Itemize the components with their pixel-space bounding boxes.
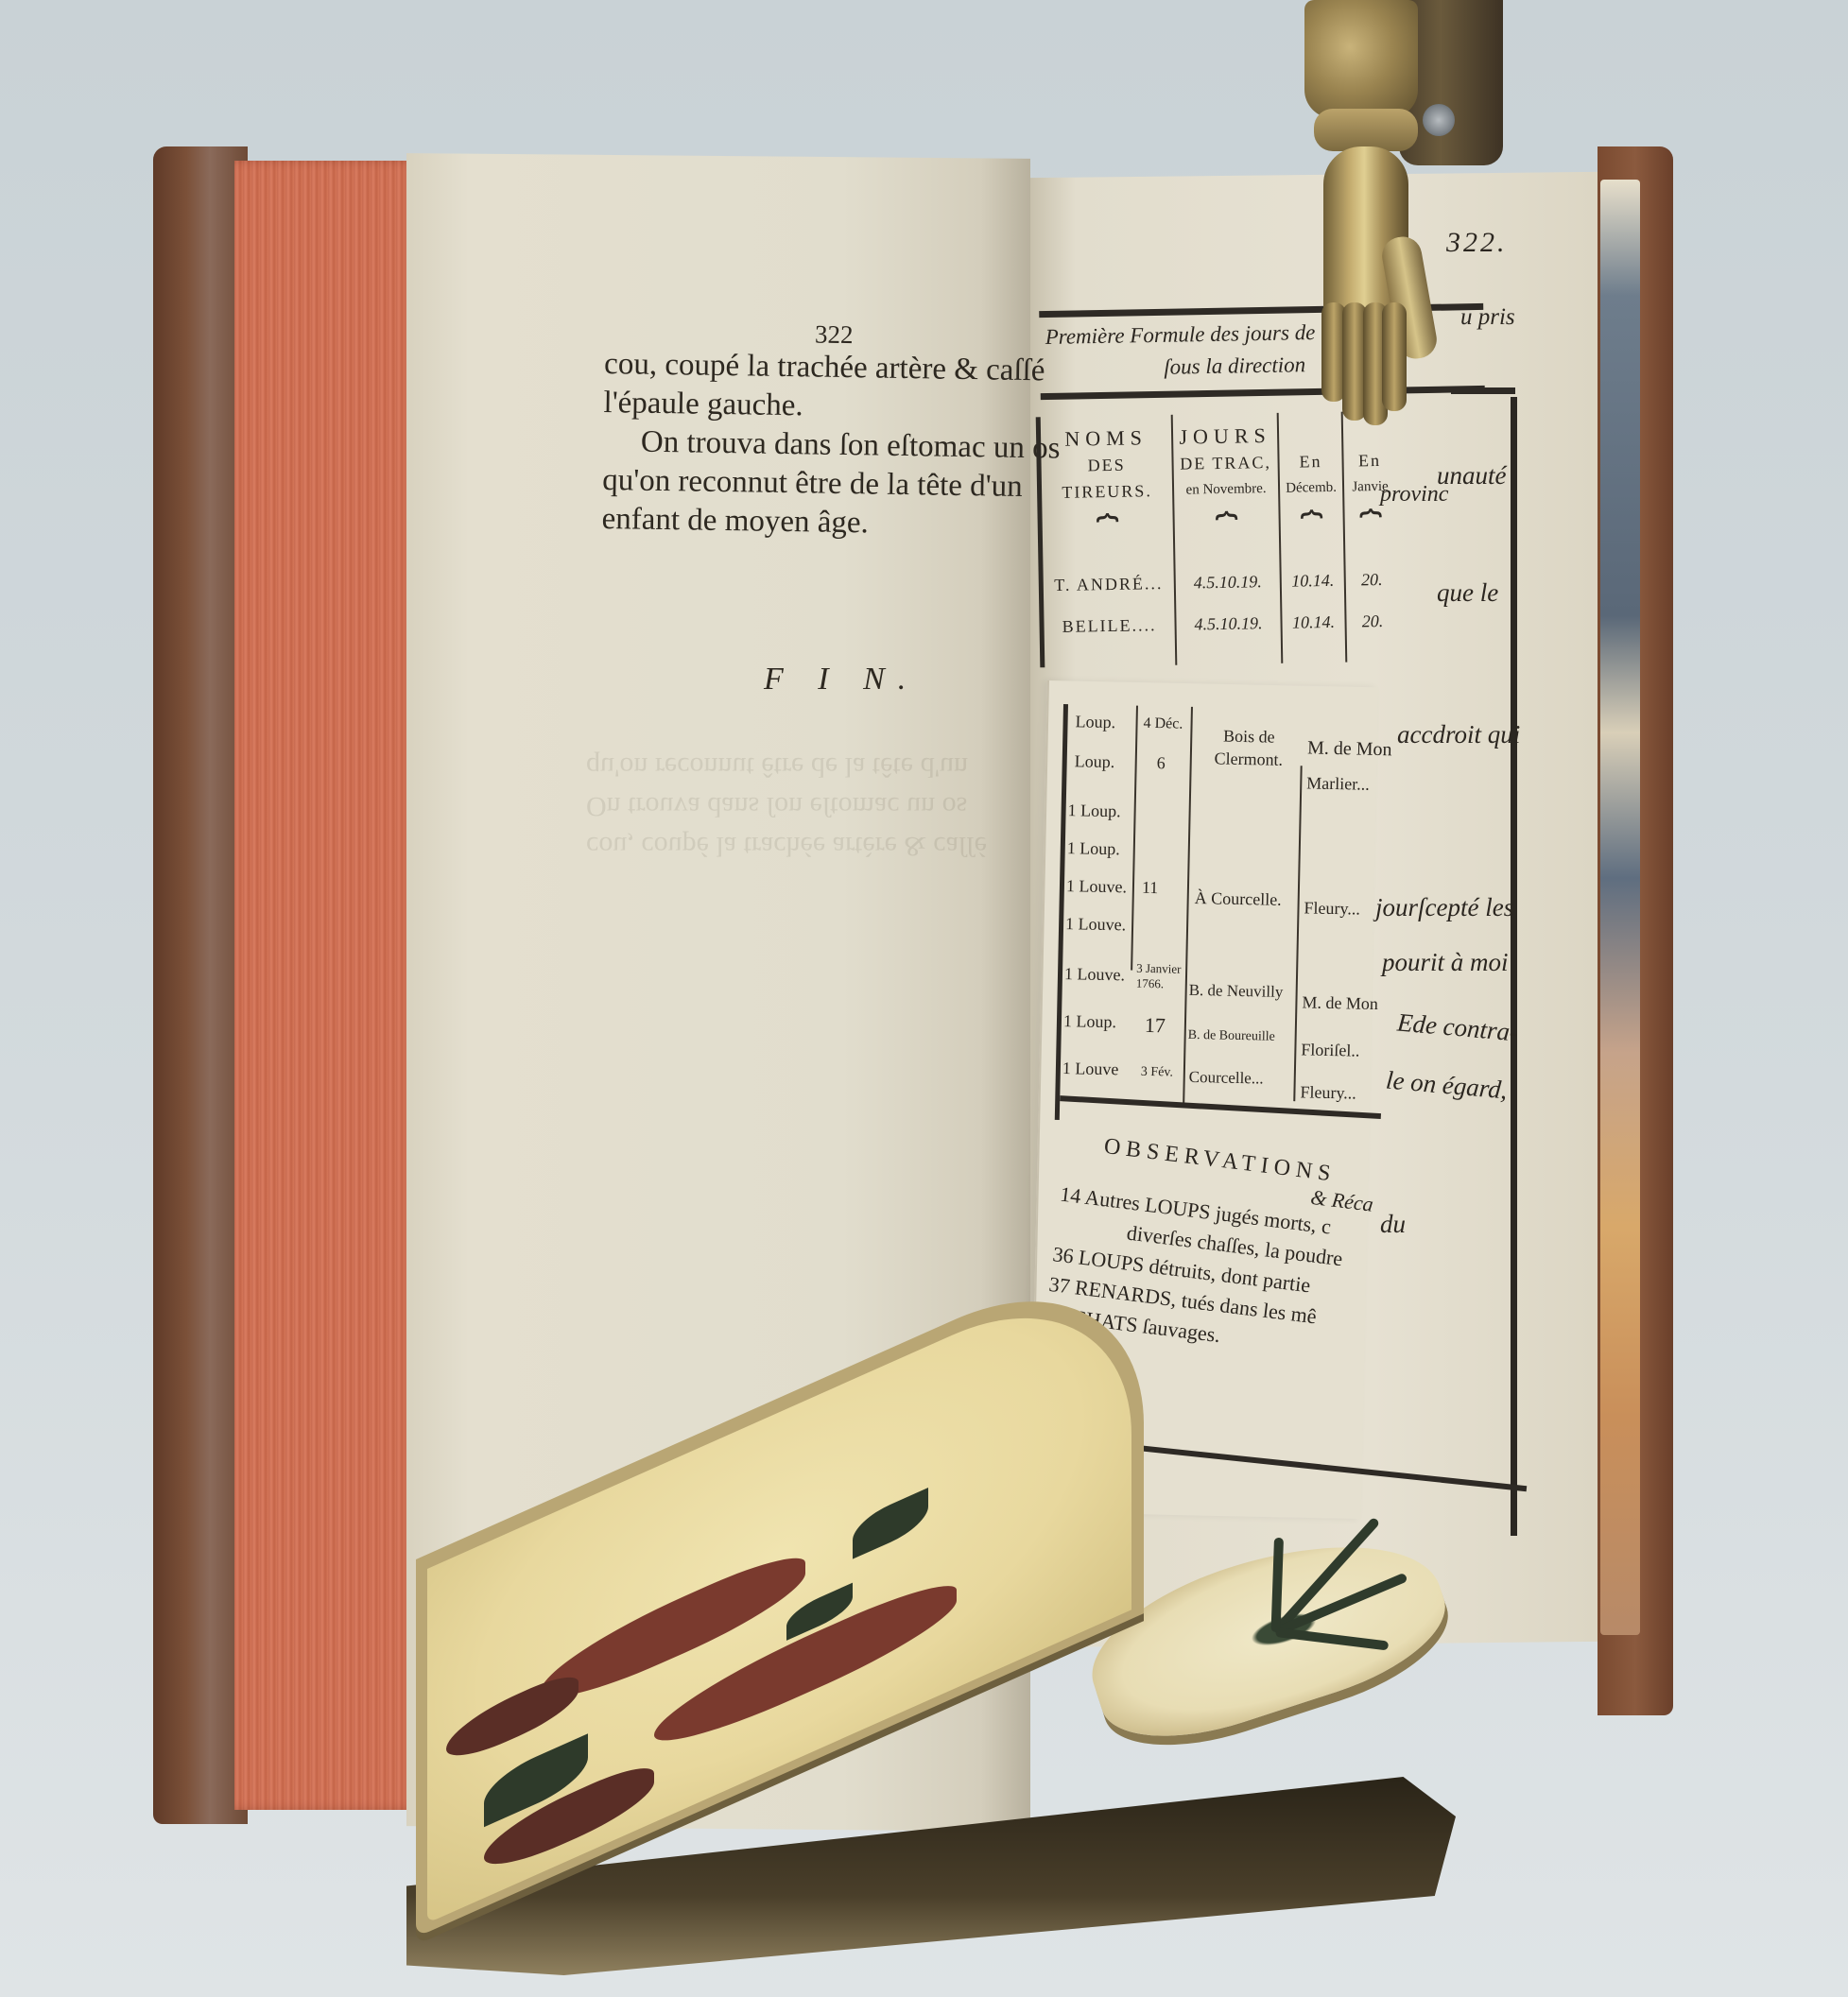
- table-cell: 1 Louve.: [1066, 876, 1127, 897]
- header-text: JOURS: [1173, 422, 1277, 451]
- table-cell: Floriſel..: [1301, 1040, 1359, 1060]
- header-text: Décemb.: [1280, 474, 1342, 502]
- text-line: l'épaule gauche.: [603, 384, 1025, 429]
- table-cell: T. ANDRÉ...: [1043, 562, 1174, 606]
- table-cell: 4 Déc.: [1143, 715, 1183, 733]
- brass-wrist: [1314, 109, 1418, 151]
- strip-text: du: [1380, 1210, 1406, 1239]
- ornament-brace: ⏞: [1175, 515, 1280, 551]
- table-border-right: [1511, 397, 1517, 1536]
- leaf: [853, 1488, 928, 1559]
- screw-icon: [1423, 104, 1455, 136]
- text-line: On trouva dans ſon eſtomac un os: [603, 422, 1025, 468]
- table-cell: Marlier...: [1306, 773, 1370, 794]
- col-names: NOMS DES TIREURS. ⏞ T. ANDRÉ... BELILE..…: [1041, 415, 1178, 667]
- col-january: En Janvie ⏞ 20. 20.: [1343, 411, 1400, 663]
- table-cell: Fleury...: [1304, 898, 1360, 919]
- table-cell: Bois de Clermont.: [1201, 724, 1297, 771]
- col-november: JOURS DE TRAC, en Novembre. ⏞ 4.5.10.19.…: [1173, 413, 1284, 665]
- table-cell: 1 Loup.: [1067, 838, 1120, 859]
- marbled-endpaper: [1600, 180, 1640, 1635]
- header-text: En: [1279, 448, 1341, 475]
- table-cell: 3 Janvier 1766.: [1136, 961, 1184, 992]
- strip-text: pourit à moi: [1382, 948, 1509, 977]
- table-cell: 11: [1142, 878, 1159, 898]
- table-cell: Loup.: [1075, 751, 1115, 772]
- header-text: Janvie: [1344, 473, 1396, 501]
- hunt-table-upper: NOMS DES TIREURS. ⏞ T. ANDRÉ... BELILE..…: [1036, 411, 1400, 668]
- table-cell: 4.5.10.19.: [1175, 560, 1280, 604]
- strip-text: accdroit qui: [1397, 720, 1520, 749]
- header-text: en Novembre.: [1174, 475, 1278, 504]
- table-cell: À Courcelle.: [1195, 888, 1282, 910]
- table-cell: Fleury...: [1300, 1082, 1356, 1103]
- brass-cuff: [1304, 0, 1418, 118]
- left-page-text: 322 cou, coupé la trachée artère & caſſé…: [601, 317, 1026, 545]
- header-text: DES: [1041, 451, 1171, 479]
- header-text: DE TRAC,: [1173, 449, 1277, 477]
- strip-text: jourſcepté les: [1375, 893, 1513, 922]
- right-page-number: 322.: [1446, 227, 1508, 259]
- strip-text: que le: [1437, 578, 1498, 608]
- table-cell: BELILE....: [1044, 604, 1175, 647]
- table-cell: 1 Louve.: [1065, 914, 1126, 935]
- table-cell: 1 Louve.: [1064, 964, 1125, 985]
- red-page-edge: [234, 161, 419, 1810]
- header-text: NOMS: [1041, 424, 1171, 453]
- ornament-brace: ⏞: [1345, 513, 1398, 548]
- text-line: enfant de moyen âge.: [601, 500, 1023, 545]
- table-cell: M. de Mon: [1307, 737, 1392, 761]
- table-cell: B. de Boureuille: [1188, 1028, 1275, 1045]
- header-text: TIREURS.: [1042, 477, 1172, 506]
- table-cell: M. de Mon: [1302, 992, 1378, 1014]
- title-fragment: u pris: [1460, 304, 1515, 331]
- petal-line: [1275, 1627, 1389, 1651]
- table-cell: 17: [1145, 1013, 1166, 1038]
- table-cell: 1 Loup.: [1063, 1011, 1116, 1032]
- fin-mark: F I N.: [764, 662, 919, 697]
- hunt-table-lower: Loup. Loup. 1 Loup. 1 Loup. 1 Louve. 1 L…: [1055, 704, 1375, 1127]
- ornament-brace: ⏞: [1043, 517, 1174, 553]
- table-cell: 10.14.: [1282, 601, 1345, 644]
- table-cell: 10.14.: [1281, 560, 1344, 602]
- table-cell: B. de Neuvilly: [1188, 981, 1283, 1002]
- table-cell: 6: [1156, 753, 1165, 773]
- text-line: cou, coupé la trachée artère & caſſé: [604, 345, 1026, 390]
- table-cell: 1 Louve: [1062, 1059, 1119, 1079]
- col-december: En Décemb. ⏞ 10.14. 10.14.: [1279, 412, 1348, 663]
- text-line: qu'on reconnut être de la tête d'un: [602, 461, 1024, 507]
- column-rule: [1131, 706, 1138, 971]
- header-text: En: [1343, 447, 1395, 474]
- table-cell: Courcelle...: [1189, 1068, 1264, 1089]
- table-cell: 3 Fév.: [1141, 1065, 1173, 1081]
- bleed-through-text: cou, coupé la trachée artère & caſſé On …: [586, 747, 1002, 866]
- table-cell: Loup.: [1075, 712, 1115, 732]
- book-cover-left: [153, 146, 248, 1824]
- brass-finger: [1382, 302, 1407, 411]
- table-cell: 20.: [1346, 600, 1399, 643]
- column-rule: [1183, 707, 1193, 1104]
- ornament-brace: ⏞: [1281, 514, 1344, 549]
- table-cell: 4.5.10.19.: [1176, 602, 1281, 646]
- table-cell: 1 Loup.: [1067, 801, 1120, 821]
- table-cell: 20.: [1345, 559, 1398, 601]
